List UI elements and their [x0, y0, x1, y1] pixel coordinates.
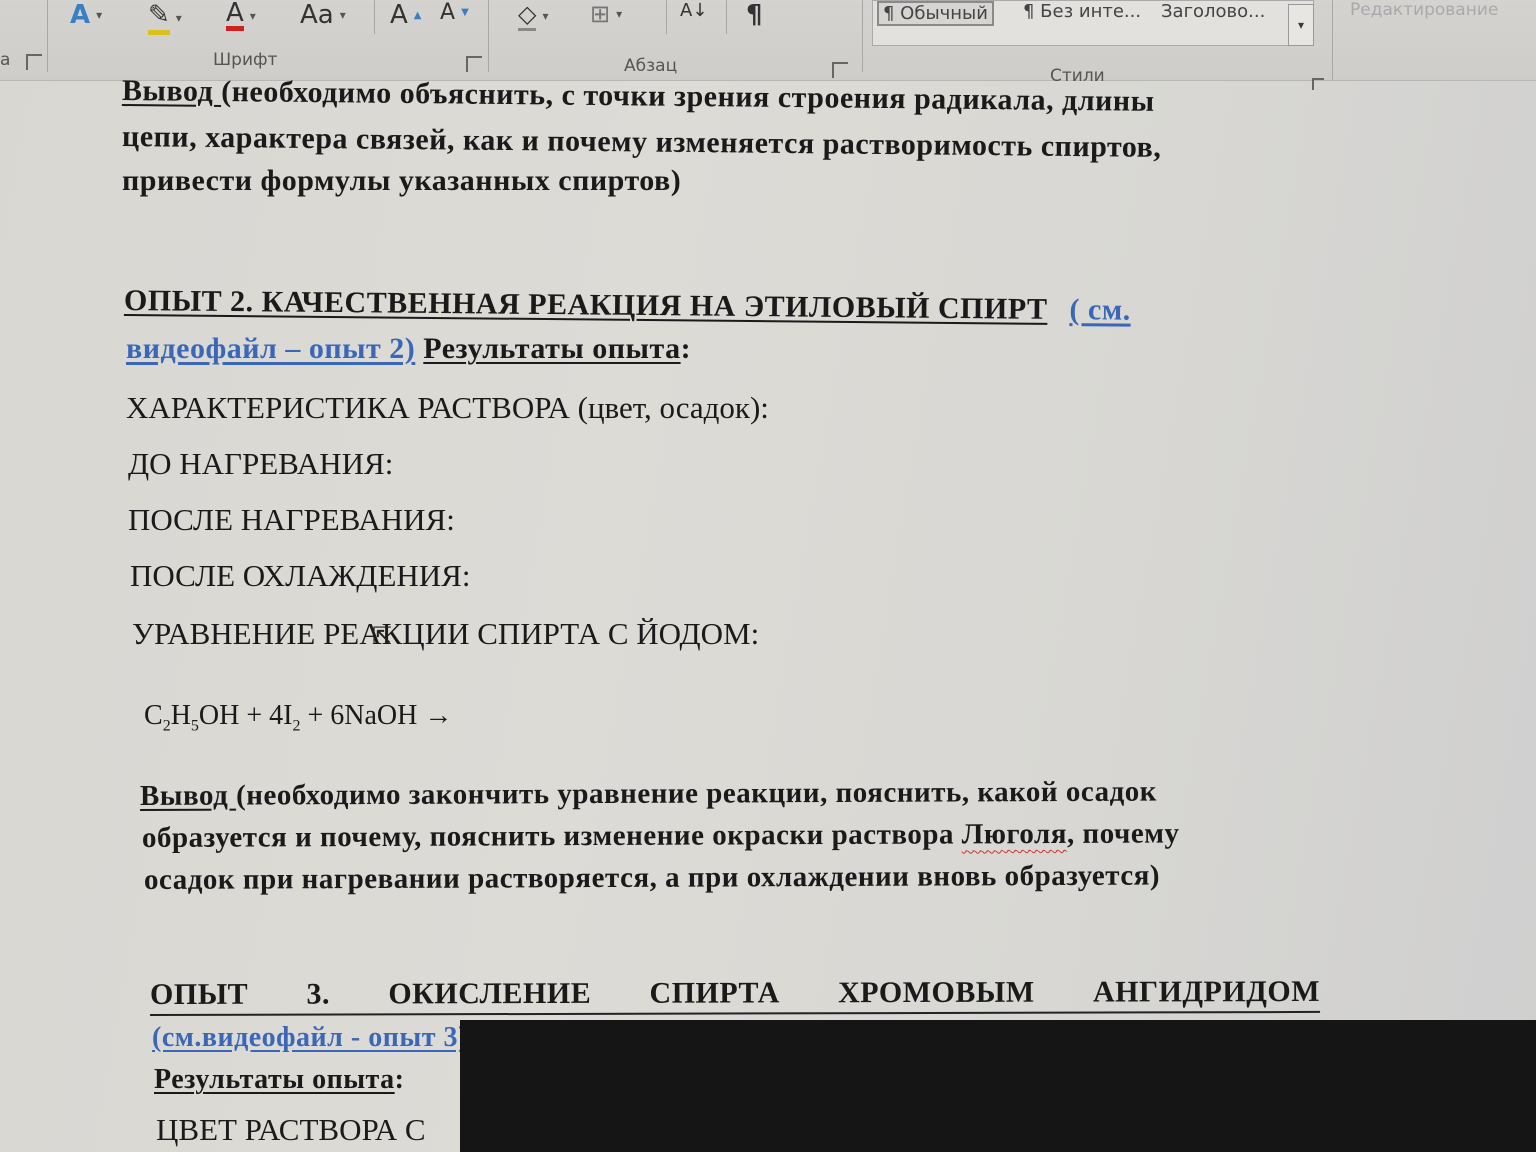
chevron-down-icon: ▾ — [176, 11, 182, 25]
redaction-block — [460, 1020, 1536, 1152]
chemical-equation: C2H5OH + 4I2 + 6NaOH → — [144, 700, 452, 736]
chevron-down-icon: ▾ — [1298, 18, 1304, 32]
highlighter-icon: ✎ — [148, 0, 170, 35]
experiment3-title: ОПЫТ 3. ОКИСЛЕНИЕ СПИРТА ХРОМОВЫМ АНГИДР… — [150, 975, 1320, 1016]
style-normal[interactable]: ¶ Обычный — [877, 1, 994, 26]
font-color-button[interactable]: A▾ — [226, 0, 256, 31]
shrink-font-icon: A — [440, 0, 455, 25]
chevron-down-icon: ▾ — [340, 8, 346, 22]
style-heading[interactable]: Заголово... — [1157, 1, 1269, 22]
shading-button[interactable]: ◇▾ — [518, 0, 549, 31]
paint-bucket-icon: ◇ — [518, 0, 536, 31]
font-dialog-launcher-icon[interactable] — [466, 56, 482, 72]
show-formatting-marks-button[interactable]: ¶ — [746, 0, 763, 30]
chevron-down-icon: ▾ — [96, 8, 102, 22]
chevron-down-icon: ▾ — [542, 9, 548, 23]
experiment3-link-line: (см.видеофайл - опыт 3) — [152, 1022, 468, 1054]
highlight-color-button[interactable]: ✎▾ — [148, 0, 182, 35]
grow-font-icon: A — [390, 0, 408, 30]
borders-button[interactable]: ⊞▾ — [590, 0, 622, 28]
experiment2-title: ОПЫТ 2. КАЧЕСТВЕННАЯ РЕАКЦИЯ НА ЭТИЛОВЫЙ… — [124, 284, 1131, 328]
clipboard-group-label-partial: а — [0, 50, 10, 70]
clipboard-dialog-launcher-icon[interactable] — [26, 54, 42, 70]
ribbon-divider — [1332, 0, 1333, 80]
text-effects-icon: A — [70, 0, 90, 30]
experiment2-results-label: Результаты опыта — [423, 332, 680, 365]
field-solution-characteristic: ХАРАКТЕРИСТИКА РАСТВОРА (цвет, осадок): — [126, 390, 769, 426]
video-link-part1[interactable]: ( см. — [1069, 293, 1131, 327]
ribbon: а A▾ ✎▾ A▾ Aa▾ A▲ A▼ Шрифт ◇▾ ⊞▾ — [0, 0, 1536, 81]
field-after-heating: ПОСЛЕ НАГРЕВАНИЯ: — [128, 502, 455, 538]
misspelled-word[interactable]: Люголя — [962, 818, 1067, 850]
conclusion2-lead: Вывод — [140, 780, 236, 812]
experiment3-results-line: Результаты опыта: — [154, 1064, 404, 1096]
conclusion2-line1: Вывод (необходимо закончить уравнение ре… — [140, 776, 1157, 813]
change-case-icon: Aa — [300, 0, 334, 30]
font-color-icon: A — [226, 0, 244, 31]
text-effects-button[interactable]: A▾ — [70, 0, 102, 30]
conclusion1-line1: Вывод (необходимо объяснить, с точки зре… — [122, 74, 1155, 119]
paragraph-group-label: Абзац — [624, 56, 677, 76]
field-after-cooling: ПОСЛЕ ОХЛАЖДЕНИЯ: — [130, 558, 470, 594]
styles-gallery: ¶ Обычный ¶ Без инте... Заголово... — [872, 0, 1314, 46]
style-no-spacing[interactable]: ¶ Без инте... — [1019, 1, 1145, 22]
paragraph-dialog-launcher-icon[interactable] — [832, 62, 848, 78]
conclusion1-lead: Вывод — [122, 74, 222, 108]
paragraph-group: ◇▾ ⊞▾ А↓ ¶ Абзац — [490, 0, 860, 80]
video-link-experiment3[interactable]: (см.видеофайл - опыт 3) — [152, 1022, 468, 1053]
conclusion2-line3: осадок при нагревании растворяется, а пр… — [144, 860, 1160, 897]
sort-icon: А↓ — [680, 0, 707, 21]
font-group: A▾ ✎▾ A▾ Aa▾ A▲ A▼ Шрифт — [48, 0, 488, 80]
field-solution-color: ЦВЕТ РАСТВОРА С — [156, 1112, 426, 1148]
mouse-cursor-icon: ⇱ — [372, 622, 392, 651]
conclusion2-line2: образуется и почему, пояснить изменение … — [142, 817, 1180, 855]
document-page[interactable]: Вывод (необходимо объяснить, с точки зре… — [0, 80, 1536, 1152]
grow-font-button[interactable]: A▲ — [390, 0, 422, 30]
ribbon-divider — [488, 0, 489, 72]
chevron-down-icon: ▾ — [250, 9, 256, 23]
editing-group-label[interactable]: Редактирование — [1350, 0, 1498, 20]
field-reaction-equation: УРАВНЕНИЕ РЕАКЦИИ СПИРТА С ЙОДОМ: — [132, 616, 759, 652]
sort-button[interactable]: А↓ — [680, 0, 707, 21]
chevron-down-icon: ▾ — [616, 7, 622, 21]
ribbon-divider — [666, 0, 667, 34]
font-group-label: Шрифт — [213, 50, 277, 70]
change-case-button[interactable]: Aa▾ — [300, 0, 346, 30]
ribbon-divider — [726, 0, 727, 34]
ribbon-divider — [374, 0, 375, 34]
field-before-heating: ДО НАГРЕВАНИЯ: — [128, 446, 393, 482]
experiment3-results-label: Результаты опыта — [154, 1064, 395, 1095]
video-link-part2[interactable]: видеофайл – опыт 2) — [126, 332, 415, 365]
experiment2-link-line: видеофайл – опыт 2) Результаты опыта: — [126, 332, 691, 366]
pilcrow-icon: ¶ — [746, 0, 763, 30]
shrink-font-button[interactable]: A▼ — [440, 0, 469, 25]
borders-icon: ⊞ — [590, 0, 610, 28]
styles-more-button[interactable]: ▾ — [1288, 4, 1314, 46]
ribbon-divider — [862, 0, 863, 72]
conclusion1-line3: привести формулы указанных спиртов) — [122, 164, 681, 198]
conclusion1-line2: цепи, характера связей, как и почему изм… — [122, 120, 1162, 165]
